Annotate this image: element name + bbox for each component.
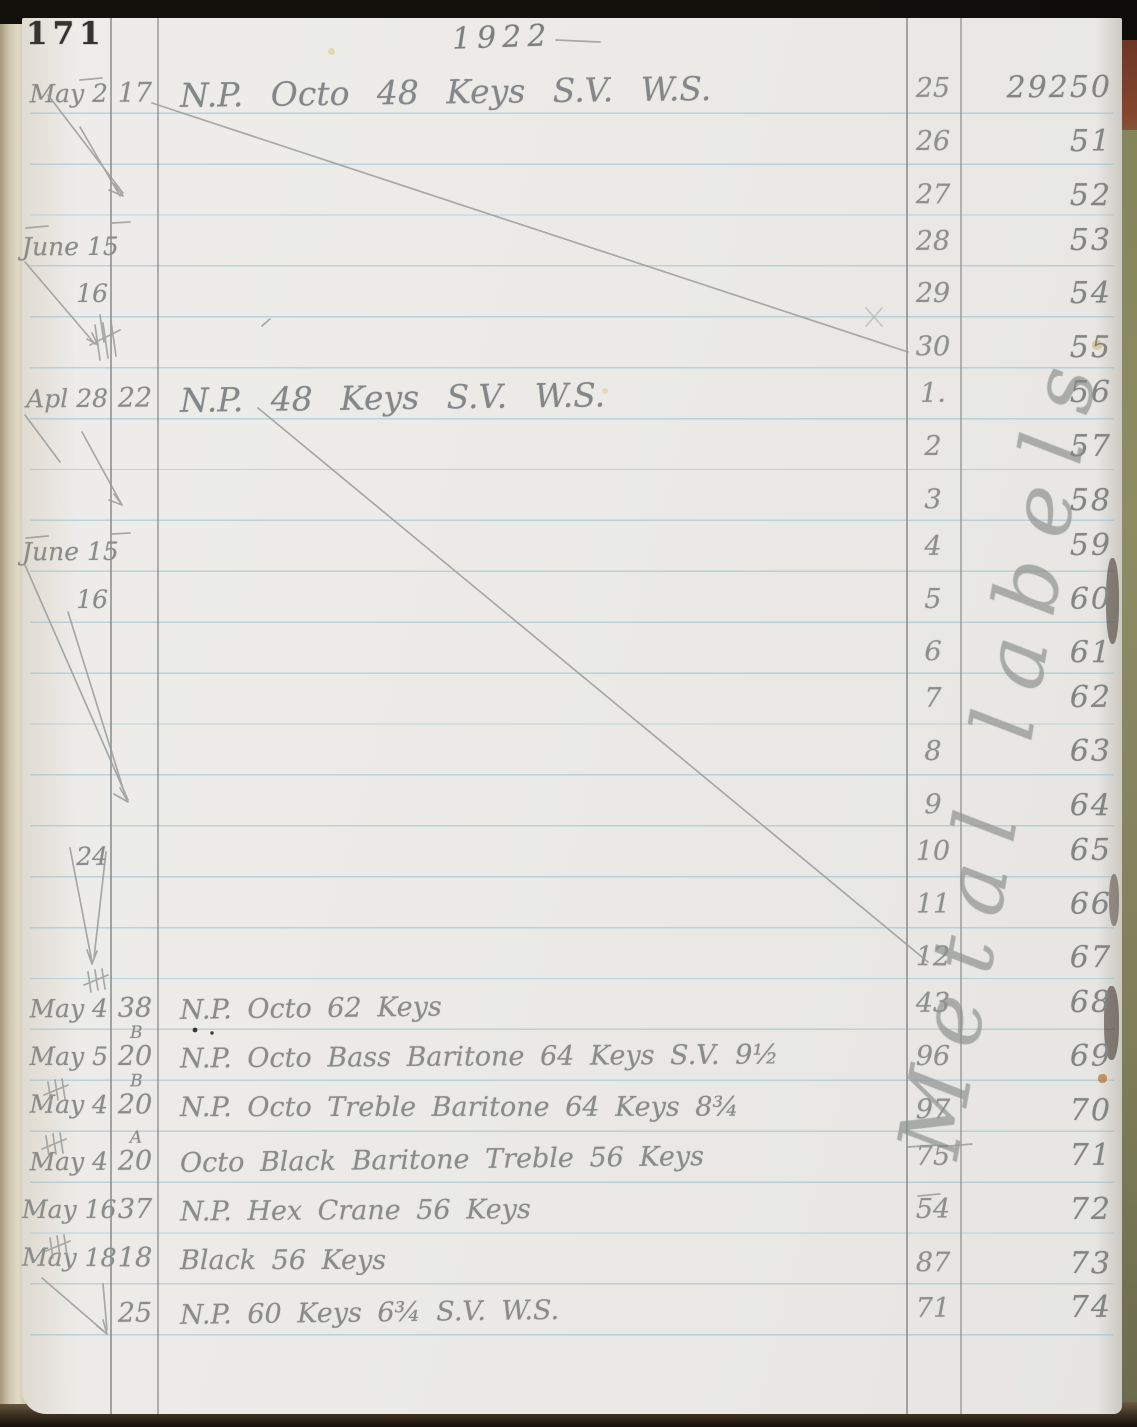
row-serial: 87 [908, 1239, 958, 1287]
row-serial: 43 [908, 980, 958, 1028]
row-date [22, 1290, 108, 1291]
row-serial: 27 [908, 171, 958, 219]
row-total: 68 [974, 979, 1112, 1028]
ledger-row: May 2 17 N.P. Octo 48 Keys S.V. W.S. 25 … [22, 64, 1122, 121]
row-total: 29250 [974, 64, 1112, 113]
ledger-row: 16 29 54 [22, 270, 1122, 320]
row-date: May 4 [22, 985, 108, 1034]
row-count-note [130, 106, 160, 130]
row-count-note: B [130, 1021, 160, 1045]
row-serial: 97 [908, 1086, 958, 1134]
row-date: May 18 [22, 1233, 108, 1282]
row-serial: 25 [908, 65, 958, 113]
row-serial: 1. [908, 370, 958, 418]
row-total: 70 [974, 1086, 1112, 1135]
row-count-note [130, 764, 160, 788]
ledger-row: 3 58 [22, 470, 1122, 527]
row-serial: 8 [908, 728, 958, 776]
row-serial: 10 [908, 827, 958, 875]
row-total: 74 [974, 1284, 1112, 1333]
row-date: Apl 28 [22, 375, 108, 424]
row-total: 66 [974, 881, 1112, 929]
row-count-note [130, 258, 160, 282]
row-total: 60 [974, 576, 1112, 624]
ledger-page-photo: Metal labels 171 1922 May 2 17 N.P. Octo… [0, 0, 1137, 1427]
row-description [180, 931, 902, 932]
row-total: 58 [974, 476, 1112, 525]
row-count-note [130, 411, 160, 435]
row-total: 56 [974, 369, 1112, 418]
row-description: N.P. Octo Treble Baritone 64 Keys 8¾ [180, 1083, 902, 1132]
row-date: May 2 [22, 70, 108, 119]
row-date: June 15 [22, 222, 108, 271]
row-count-note [130, 1174, 160, 1198]
row-count-note [130, 459, 160, 483]
row-date: 16 [22, 576, 108, 624]
row-serial: 5 [908, 576, 958, 624]
ledger-row: May 5 20 B N.P. Octo Bass Baritone 64 Ke… [22, 1033, 1122, 1083]
row-total: 59 [974, 521, 1112, 570]
row-date: 16 [22, 270, 108, 318]
row-description: N.P. Octo 62 Keys [180, 978, 903, 1035]
row-serial: 28 [908, 217, 958, 265]
row-count-note [130, 869, 160, 893]
row-date [22, 165, 108, 166]
ledger-row: 9 64 [22, 776, 1122, 833]
row-date: June 15 [22, 527, 108, 576]
row-date: 24 [22, 833, 108, 882]
row-serial: 29 [908, 270, 958, 318]
row-total: 72 [974, 1186, 1112, 1234]
row-count-note [130, 154, 160, 178]
row-count-note: B [130, 1069, 160, 1093]
row-description: N.P. Hex Crane 56 Keys [180, 1183, 902, 1236]
row-description: N.P. Octo Bass Baritone 64 Keys S.V. 9½ [180, 1031, 902, 1084]
row-serial: 26 [908, 118, 958, 166]
row-serial: 11 [908, 881, 958, 929]
row-count-note [130, 58, 160, 82]
row-date [22, 318, 108, 319]
row-description: N.P. Octo 48 Keys S.V. W.S. [180, 62, 903, 119]
row-serial: 54 [908, 1186, 958, 1234]
row-description [180, 321, 902, 322]
row-description [180, 626, 902, 627]
row-count-note [130, 973, 160, 997]
row-serial: 3 [908, 476, 958, 524]
row-date: May 5 [22, 1033, 108, 1081]
row-count-note [130, 668, 160, 692]
ledger-row: 12 67 [22, 928, 1122, 985]
row-date [22, 776, 108, 777]
row-serial: 75 [908, 1132, 958, 1180]
ledger-row: May 16 37 N.P. Hex Crane 56 Keys 54 72 [22, 1186, 1122, 1236]
ledger-rows: May 2 17 N.P. Octo 48 Keys S.V. W.S. 25 … [22, 18, 1122, 1414]
ledger-row: 2 57 [22, 423, 1122, 473]
row-total: 67 [974, 934, 1112, 983]
row-date [22, 470, 108, 471]
row-description: N.P. 60 Keys 6¾ S.V. W.S. [180, 1283, 903, 1340]
row-count-note [130, 917, 160, 941]
row-total: 65 [974, 826, 1112, 875]
row-serial: 2 [908, 423, 958, 471]
ledger-paper: Metal labels 171 1922 May 2 17 N.P. Octo… [22, 18, 1122, 1414]
ledger-row: May 4 38 N.P. Octo 62 Keys 43 68 [22, 979, 1122, 1036]
row-count-note [130, 363, 160, 387]
row-total: 53 [974, 216, 1112, 265]
ledger-row: 25 N.P. 60 Keys 6¾ S.V. W.S. 71 74 [22, 1284, 1122, 1341]
row-serial: 96 [908, 1033, 958, 1081]
row-description [180, 778, 902, 779]
ledger-row: 16 5 60 [22, 576, 1122, 626]
row-total: 69 [974, 1033, 1112, 1081]
row-total: 57 [974, 423, 1112, 471]
row-count-note [130, 307, 160, 331]
row-total: 54 [974, 270, 1112, 318]
row-count-note [130, 1222, 160, 1246]
row-serial: 6 [908, 628, 958, 676]
ledger-row: 24 10 65 [22, 826, 1122, 883]
ledger-row: 26 51 [22, 118, 1122, 168]
row-count-note: A [130, 1125, 160, 1149]
row-count-note [130, 612, 160, 636]
row-total: 52 [974, 171, 1112, 220]
row-total: 61 [974, 629, 1112, 678]
row-date: May 4 [22, 1138, 108, 1187]
row-total: 73 [974, 1239, 1112, 1288]
row-serial: 30 [908, 323, 958, 371]
row-serial: 4 [908, 522, 958, 570]
row-date: May 4 [22, 1081, 108, 1130]
ledger-row: 27 52 [22, 165, 1122, 222]
row-date [22, 623, 108, 624]
ledger-row: May 4 20 B N.P. Octo Treble Baritone 64 … [22, 1081, 1122, 1138]
ledger-row: 8 63 [22, 728, 1122, 778]
ledger-row: 7 62 [22, 674, 1122, 731]
row-serial: 7 [908, 675, 958, 723]
row-count-note [130, 716, 160, 740]
row-count-note [130, 210, 160, 234]
row-description [180, 168, 902, 169]
row-date [22, 680, 108, 681]
ledger-row: 30 55 [22, 318, 1122, 375]
ledger-row: June 15 28 53 [22, 216, 1122, 273]
row-count-note [130, 820, 160, 844]
ledger-row: June 15 4 59 [22, 521, 1122, 578]
row-description: Octo Black Baritone Treble 56 Keys [180, 1130, 903, 1187]
row-serial: 9 [908, 781, 958, 829]
row-description: Black 56 Keys [180, 1236, 902, 1285]
row-serial: 71 [908, 1285, 958, 1333]
row-total: 62 [974, 674, 1112, 723]
ledger-row: May 4 20 A Octo Black Baritone Treble 56… [22, 1131, 1122, 1188]
row-total: 71 [974, 1132, 1112, 1181]
row-count-note [130, 515, 160, 539]
ledger-row: Apl 28 22 N.P. 48 Keys S.V. W.S. 1. 56 [22, 369, 1122, 426]
row-description [180, 473, 902, 474]
ledger-row: May 18 18 Black 56 Keys 87 73 [22, 1233, 1122, 1290]
row-total: 51 [974, 118, 1112, 166]
row-description: N.P. 48 Keys S.V. W.S. [180, 368, 903, 425]
row-serial: 12 [908, 933, 958, 981]
row-total: 55 [974, 324, 1112, 373]
ledger-row: 6 61 [22, 623, 1122, 680]
row-total: 63 [974, 728, 1112, 776]
ledger-row: 11 66 [22, 881, 1122, 931]
row-total: 64 [974, 781, 1112, 830]
row-count-note [130, 1278, 160, 1302]
row-count-note [130, 564, 160, 588]
row-date: May 16 [22, 1186, 108, 1234]
row-date [22, 928, 108, 929]
